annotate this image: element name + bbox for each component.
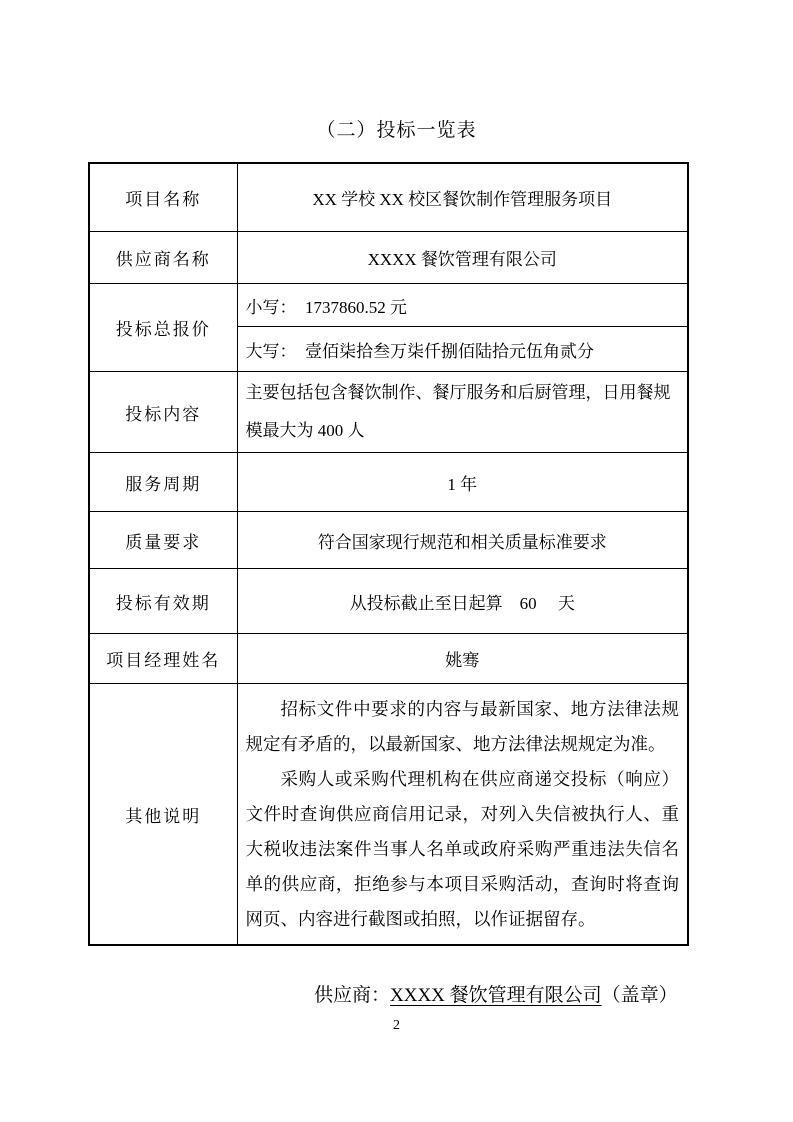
row-value-price-words: 大写： 壹佰柒拾叁万柒仟捌佰陆拾元伍角贰分 [237, 327, 688, 372]
page-number: 2 [0, 1018, 793, 1034]
row-value-bid-validity: 从投标截止至日起算 60 天 [237, 569, 688, 634]
row-label-service-period: 服务周期 [89, 453, 237, 512]
row-label-quality-requirements: 质量要求 [89, 512, 237, 569]
row-value-bid-content: 主要包括包含餐饮制作、餐厅服务和后厨管理，日用餐规模最大为 400 人 [237, 372, 688, 453]
row-value-quality-requirements: 符合国家现行规范和相关质量标准要求 [237, 512, 688, 569]
signature-line: 供应商：XXXX 餐饮管理有限公司（盖章） [314, 984, 793, 1008]
bid-summary-table: 项目名称 XX 学校 XX 校区餐饮制作管理服务项目 供应商名称 XXXX 餐饮… [88, 162, 689, 946]
table-row-total-price-numeric: 投标总报价 小写： 1737860.52 元 [89, 284, 688, 327]
table-row-supplier-name: 供应商名称 XXXX 餐饮管理有限公司 [89, 232, 688, 284]
table-row-other-notes: 其他说明 招标文件中要求的内容与最新国家、地方法律法规规定有矛盾的，以最新国家、… [89, 684, 688, 946]
row-label-project-name: 项目名称 [89, 163, 237, 232]
row-label-bid-content: 投标内容 [89, 372, 237, 453]
row-value-project-manager: 姚骞 [237, 634, 688, 684]
table-row-project-manager: 项目经理姓名 姚骞 [89, 634, 688, 684]
table-row-bid-validity: 投标有效期 从投标截止至日起算 60 天 [89, 569, 688, 634]
row-label-other-notes: 其他说明 [89, 684, 237, 946]
supplier-name-underlined: XXXX 餐饮管理有限公司 [390, 985, 602, 1006]
row-label-supplier-name: 供应商名称 [89, 232, 237, 284]
row-label-bid-validity: 投标有效期 [89, 569, 237, 634]
notes-paragraph-2: 采购人或采购代理机构在供应商递交投标（响应）文件时查询供应商信用记录，对列入失信… [246, 762, 680, 937]
row-value-supplier-name: XXXX 餐饮管理有限公司 [237, 232, 688, 284]
notes-paragraph-1: 招标文件中要求的内容与最新国家、地方法律法规规定有矛盾的，以最新国家、地方法律法… [246, 692, 680, 762]
row-label-project-manager: 项目经理姓名 [89, 634, 237, 684]
seal-suffix-label: （盖章） [602, 985, 678, 1006]
row-value-other-notes: 招标文件中要求的内容与最新国家、地方法律法规规定有矛盾的，以最新国家、地方法律法… [237, 684, 688, 946]
row-label-total-bid-price: 投标总报价 [89, 284, 237, 372]
row-value-project-name: XX 学校 XX 校区餐饮制作管理服务项目 [237, 163, 688, 232]
table-row-service-period: 服务周期 1 年 [89, 453, 688, 512]
table-row-bid-content: 投标内容 主要包括包含餐饮制作、餐厅服务和后厨管理，日用餐规模最大为 400 人 [89, 372, 688, 453]
table-row-project-name: 项目名称 XX 学校 XX 校区餐饮制作管理服务项目 [89, 163, 688, 232]
row-value-price-numeric: 小写： 1737860.52 元 [237, 284, 688, 327]
row-value-service-period: 1 年 [237, 453, 688, 512]
table-row-quality-requirements: 质量要求 符合国家现行规范和相关质量标准要求 [89, 512, 688, 569]
supplier-prefix-label: 供应商： [314, 985, 390, 1006]
page-title: （二）投标一览表 [0, 0, 793, 141]
document-page: （二）投标一览表 项目名称 XX 学校 XX 校区餐饮制作管理服务项目 供应商名… [0, 0, 793, 1122]
